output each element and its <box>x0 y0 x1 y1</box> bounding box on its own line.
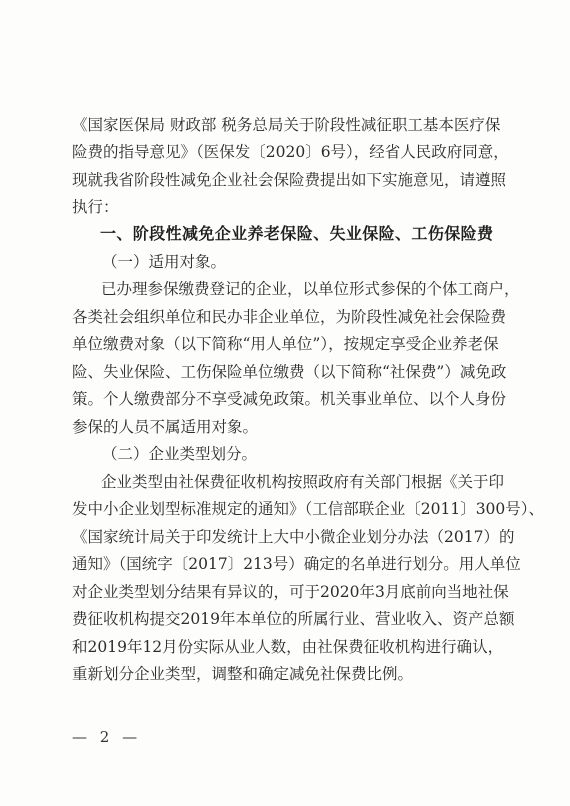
text-line: 费征收机构提交2019年本单位的所属行业、营业收入、资产总额 <box>72 608 493 630</box>
subsection-title: （二）企业类型划分。 <box>102 443 402 465</box>
text-line: 发中小企业划型标准规定的通知》（工信部联企业〔2011〕300号）、 <box>72 498 493 520</box>
subsection-title: （一）适用对象。 <box>102 251 402 273</box>
text-line: 重新划分企业类型，调整和确定减免社保费比例。 <box>72 663 493 685</box>
text-line: 《国家统计局关于印发统计上大中小微企业划分办法（2017）的 <box>72 526 493 548</box>
text-line: 参保的人员不属适用对象。 <box>72 416 493 438</box>
text-line: 策。个人缴费部分不享受减免政策。机关事业单位、以个人身份 <box>72 388 493 410</box>
text-line: 险、失业保险、工伤保险单位缴费（以下简称“社保费”）减免政 <box>72 361 493 383</box>
text-line: 通知》（国统字〔2017〕213号）确定的名单进行划分。用人单位 <box>72 553 493 575</box>
text-line: 企业类型由社保费征收机构按照政府有关部门根据《关于印 <box>101 471 493 493</box>
text-line: 已办理参保缴费登记的企业，以单位形式参保的个体工商户， <box>101 278 493 300</box>
text-line: 险费的指导意见》（医保发〔2020〕6号），经省人民政府同意， <box>72 141 493 163</box>
text-line: 各类社会组织单位和民办非企业单位，为阶段性减免社会保险费 <box>72 306 493 328</box>
text-line: 单位缴费对象（以下简称“用人单位”），按规定享受企业养老保 <box>72 333 493 355</box>
text-line: 执行： <box>72 196 493 218</box>
section-heading: 一、阶段性减免企业养老保险、失业保险、工伤保险费 <box>100 223 493 245</box>
text-line: 和2019年12月份实际从业人数，由社保费征收机构进行确认， <box>72 636 493 658</box>
document-page: 《国家医保局 财政部 税务总局关于阶段性减征职工基本医疗保 险费的指导意见》（医… <box>0 0 570 806</box>
text-line: 现就我省阶段性减免企业社会保险费提出如下实施意见，请遵照 <box>72 169 493 191</box>
text-line: 《国家医保局 财政部 税务总局关于阶段性减征职工基本医疗保 <box>72 114 493 136</box>
text-line: 对企业类型划分结果有异议的，可于2020年3月底前向当地社保 <box>72 581 493 603</box>
page-number: — 2 — <box>72 726 141 748</box>
